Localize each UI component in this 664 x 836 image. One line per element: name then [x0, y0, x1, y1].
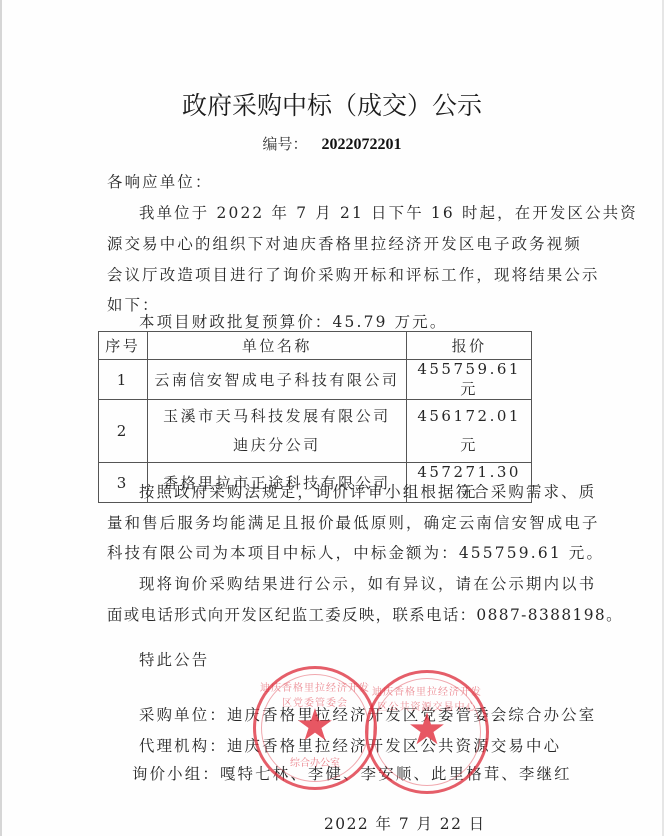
budget-line: 本项目财政批复预算价：45.79 万元。 — [139, 310, 447, 332]
company-name-line-2: 迪庆分公司 — [148, 431, 407, 460]
table-row: 2 玉溪市天马科技发展有限公司 迪庆分公司 456172.01 元 — [99, 400, 532, 463]
company-name-line-1: 玉溪市天马科技发展有限公司 — [148, 402, 407, 431]
intro-line-3: 会议厅改造项目进行了询价采购开标和评标工作，现将结果公示 — [107, 263, 600, 285]
table-header-row: 序号 单位名称 报价 — [99, 332, 532, 360]
column-header-number: 序号 — [99, 332, 148, 360]
cell-price: 455759.61 元 — [407, 360, 532, 400]
document-number-label: 编号： — [262, 135, 307, 153]
purchaser-signature: 采购单位：迪庆香格里拉经济开发区党委管委会综合办公室 — [139, 703, 596, 725]
salutation: 各响应单位： — [107, 170, 213, 192]
page-title: 政府采购中标（成交）公示 — [2, 86, 662, 122]
cell-company: 云南信安智成电子科技有限公司 — [147, 360, 407, 400]
column-header-company: 单位名称 — [147, 332, 407, 360]
intro-line-1: 我单位于 2022 年 7 月 21 日下午 16 时起，在开发区公共资 — [139, 201, 638, 223]
document-number: 编号：2022072201 — [2, 133, 662, 154]
announcement-date: 2022 年 7 月 22 日 — [324, 812, 486, 834]
panel-signature: 询价小组：嘎特七林、李健、李安顺、此里格茸、李继红 — [132, 762, 572, 784]
cell-company: 玉溪市天马科技发展有限公司 迪庆分公司 — [147, 400, 407, 463]
column-header-price: 报价 — [407, 332, 532, 360]
document-page: 政府采购中标（成交）公示 编号：2022072201 各响应单位： 我单位于 2… — [0, 0, 664, 836]
cell-number: 2 — [99, 400, 148, 463]
result-line-1: 按照政府采购法规定，询价评审小组根据符合采购需求、质 — [139, 480, 596, 502]
result-line-3: 科技有限公司为本项目中标人，中标金额为：455759.61 元。 — [107, 541, 604, 563]
objection-line-1: 现将询价采购结果进行公示，如有异议，请在公示期内以书 — [139, 572, 596, 594]
closing-text: 特此公告 — [139, 648, 209, 670]
result-line-2: 量和售后服务均能满足且报价最低原则，确定云南信安智成电子 — [107, 511, 600, 533]
bid-results-table: 序号 单位名称 报价 1 云南信安智成电子科技有限公司 455759.61 元 … — [98, 331, 532, 503]
agency-signature: 代理机构：迪庆香格里拉经济开发区公共资源交易中心 — [139, 734, 561, 756]
document-number-value: 2022072201 — [322, 136, 402, 153]
table-row: 1 云南信安智成电子科技有限公司 455759.61 元 — [99, 360, 532, 400]
cell-price: 456172.01 元 — [407, 400, 532, 463]
intro-line-2: 源交易中心的组织下对迪庆香格里拉经济开发区电子政务视频 — [107, 232, 582, 254]
objection-line-2: 面或电话形式向开发区纪监工委反映，联系电话：0887-8388198。 — [107, 603, 623, 625]
cell-number: 1 — [99, 360, 148, 400]
